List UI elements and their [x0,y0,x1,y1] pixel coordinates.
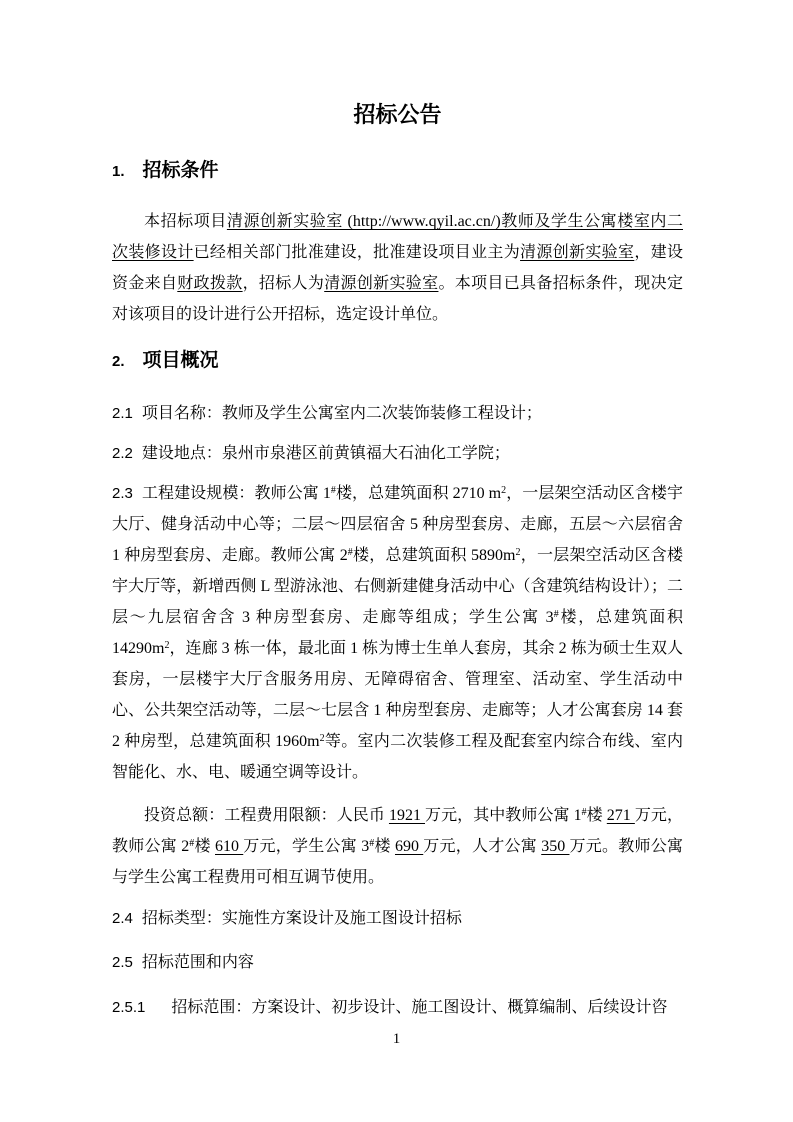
item-2-5-1-text: 招标范围：方案设计、初步设计、施工图设计、概算编制、后续设计咨 [171,999,667,1016]
item-2-1-number: 2.1 [112,405,133,422]
section-2-heading: 2.项目概况 [112,347,683,376]
section-1-number: 1. [112,163,125,180]
document-page: 招标公告 1.招标条件 本招标项目清源创新实验室 (http://www.qyi… [0,0,793,1122]
item-construction-location: 2.2建设地点：泉州市泉港区前黄镇福大石油化工学院； [112,438,683,469]
item-2-2-number: 2.2 [112,445,133,462]
section-1-heading-label: 招标条件 [143,160,219,181]
item-2-2-text: 建设地点：泉州市泉港区前黄镇福大石油化工学院； [142,445,510,462]
item-2-5-text: 招标范围和内容 [142,954,254,971]
section-1-heading: 1.招标条件 [112,157,683,186]
section-2-heading-label: 项目概况 [143,350,219,371]
item-2-1-text: 项目名称：教师及学生公寓室内二次装饰装修工程设计； [142,405,542,422]
tender-conditions-paragraph: 本招标项目清源创新实验室 (http://www.qyil.ac.cn/)教师及… [112,206,683,330]
section-2-number: 2. [112,353,125,370]
item-tender-scope-heading: 2.5招标范围和内容 [112,947,683,978]
page-number: 1 [0,1028,793,1050]
item-2-4-number: 2.4 [112,910,133,927]
item-tender-type: 2.4招标类型：实施性方案设计及施工图设计招标 [112,903,683,934]
item-2-3-text: 工程建设规模：教师公寓 1#楼，总建筑面积 2710 m2，一层架空活动区含楼宇… [112,485,683,781]
item-tender-scope-detail: 2.5.1招标范围：方案设计、初步设计、施工图设计、概算编制、后续设计咨 [112,992,683,1023]
item-construction-scale: 2.3工程建设规模：教师公寓 1#楼，总建筑面积 2710 m2，一层架空活动区… [112,478,683,788]
item-2-4-text: 招标类型：实施性方案设计及施工图设计招标 [142,910,462,927]
document-title: 招标公告 [112,100,683,130]
item-project-name: 2.1项目名称：教师及学生公寓室内二次装饰装修工程设计； [112,398,683,429]
item-2-5-number: 2.5 [112,954,133,971]
item-2-5-1-number: 2.5.1 [112,999,145,1016]
item-2-3-number: 2.3 [112,485,133,502]
investment-total-paragraph: 投资总额：工程费用限额：人民币 1921 万元，其中教师公寓 1#楼 271 万… [112,800,683,893]
